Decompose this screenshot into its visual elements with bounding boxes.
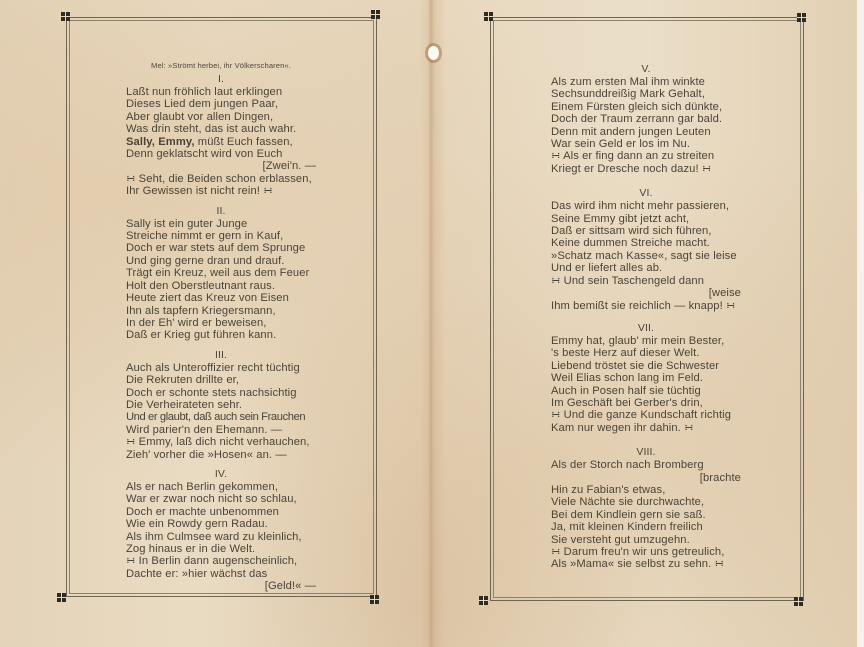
- punch-hole: [428, 46, 439, 60]
- verse-line: Zog hinaus er in die Welt.: [126, 543, 316, 555]
- corner-ornament-icon: [57, 593, 66, 602]
- center-fold: [428, 0, 434, 647]
- verse-line: ∺ Als er fing dann an zu streiten: [551, 150, 741, 162]
- verse-line: Und er glaubt, daß auch sein Frauchen: [126, 411, 316, 423]
- stanza-number: III.: [126, 349, 316, 361]
- verse-line: Daß er sittsam wird sich führen,: [551, 225, 741, 237]
- verse-line: Emmy hat, glaub' mir mein Bester,: [551, 335, 741, 347]
- verse-line: Viele Nächte sie durchwachte,: [551, 496, 741, 508]
- verse-line: Wie ein Rowdy gern Radau.: [126, 518, 316, 530]
- corner-ornament-icon: [371, 10, 380, 19]
- verse-line: Hin zu Fabian's etwas,: [551, 484, 741, 496]
- verse-line-bold: Sally, Emmy, müßt Euch fassen,: [126, 136, 316, 148]
- verse-line: Wird parier'n den Ehemann. —: [126, 424, 316, 436]
- verse-line: ∺ Und die ganze Kundschaft richtig: [551, 409, 741, 421]
- verse-line: Auch als Unteroffizier recht tüchtig: [126, 362, 316, 374]
- verse-line: Was drin steht, das ist auch wahr.: [126, 123, 316, 135]
- verse-line: Einem Fürsten gleich sich dünkte,: [551, 101, 741, 113]
- verse-line: Als er nach Berlin gekommen,: [126, 481, 316, 493]
- stanza-number: VII.: [551, 322, 741, 334]
- verse-line: Trägt ein Kreuz, weil aus dem Feuer: [126, 267, 316, 279]
- verse-line: 's beste Herz auf dieser Welt.: [551, 347, 741, 359]
- verse-line: Ihr Gewissen ist nicht rein! ∺: [126, 185, 316, 197]
- verse-line: War er zwar noch nicht so schlau,: [126, 493, 316, 505]
- verse-line: Im Geschäft bei Gerber's drin,: [551, 397, 741, 409]
- stanza-8: VIII. Als der Storch nach Bromberg [brac…: [551, 446, 741, 571]
- verse-line: Und ging gerne dran und drauf.: [126, 255, 316, 267]
- verse-line: ∺ Darum freu'n wir uns getreulich,: [551, 546, 741, 558]
- corner-ornament-icon: [479, 596, 488, 605]
- verse-line: ∺ Und sein Taschengeld dann: [551, 275, 741, 287]
- corner-ornament-icon: [484, 12, 493, 21]
- stanza-1: I. Laßt nun fröhlich laut erklingen Dies…: [126, 73, 316, 198]
- verse-line: Kam nur wegen ihr dahin. ∺: [551, 422, 741, 434]
- verse-line: Bei dem Kindlein gern sie saß.: [551, 509, 741, 521]
- corner-ornament-icon: [797, 13, 806, 22]
- verse-line: Zieh' vorher die »Hosen« an. —: [126, 449, 316, 461]
- verse-line: Doch der Traum zerrann gar bald.: [551, 113, 741, 125]
- verse-line: Dieses Lied dem jungen Paar,: [126, 98, 316, 110]
- stanza-number: I.: [126, 73, 316, 85]
- corner-ornament-icon: [794, 597, 803, 606]
- names-bold: Sally, Emmy,: [126, 136, 195, 148]
- verse-line: Und er liefert alles ab.: [551, 262, 741, 274]
- verse-line: »Schatz mach Kasse«, sagt sie leise: [551, 250, 741, 262]
- verse-line-continuation: [Zwei'n. —: [126, 160, 316, 172]
- verse-line: Liebend tröstet sie die Schwester: [551, 360, 741, 372]
- verse-line: Aber glaubt vor allen Dingen,: [126, 111, 316, 123]
- verse-line: Ihm bemißt sie reichlich — knapp! ∺: [551, 300, 741, 312]
- verse-line: Doch er schonte stets nachsichtig: [126, 387, 316, 399]
- verse-line: Sie versteht gut umzugehn.: [551, 534, 741, 546]
- verse-line: ∺ Emmy, laß dich nicht verhauchen,: [126, 436, 316, 448]
- verse-line: In der Eh' wird er beweisen,: [126, 317, 316, 329]
- stanza-number: IV.: [126, 468, 316, 480]
- verse-line: War sein Geld er los im Nu.: [551, 138, 741, 150]
- stanza-number: VI.: [551, 187, 741, 199]
- verse-line: Keine dummen Streiche macht.: [551, 237, 741, 249]
- verse-line: Holt den Oberstleutnant raus.: [126, 280, 316, 292]
- verse-line: Denn mit andern jungen Leuten: [551, 126, 741, 138]
- verse-line: Dachte er: »hier wächst das: [126, 568, 316, 580]
- stanza-3: III. Auch als Unteroffizier recht tüchti…: [126, 349, 316, 461]
- left-page-text: Mel: »Strömt herbei, ihr Völkerscharen«.…: [126, 61, 316, 600]
- right-page-text: V. Als zum ersten Mal ihm winkte Sechsun…: [551, 61, 741, 578]
- stanza-number: VIII.: [551, 446, 741, 458]
- verse-line: Sally ist ein guter Junge: [126, 218, 316, 230]
- verse-line: Doch er machte unbenommen: [126, 506, 316, 518]
- verse-line: Als »Mama« sie selbst zu sehn. ∺: [551, 558, 741, 570]
- verse-line-continuation: [Geld!« —: [126, 580, 316, 592]
- verse-line: Das wird ihm nicht mehr passieren,: [551, 200, 741, 212]
- verse-line: Als zum ersten Mal ihm winkte: [551, 76, 741, 88]
- verse-line: Seine Emmy gibt jetzt acht,: [551, 213, 741, 225]
- verse-line: Die Verheirateten sehr.: [126, 399, 316, 411]
- verse-line: ∺ Seht, die Beiden schon erblassen,: [126, 173, 316, 185]
- verse-line: Kriegt er Dresche noch dazu! ∺: [551, 163, 741, 175]
- stanza-number: II.: [126, 205, 316, 217]
- verse-line: Weil Elias schon lang im Feld.: [551, 372, 741, 384]
- verse-line: Sechsunddreißig Mark Gehalt,: [551, 88, 741, 100]
- stanza-5: V. Als zum ersten Mal ihm winkte Sechsun…: [551, 63, 741, 175]
- verse-line: Daß er Krieg gut führen kann.: [126, 329, 316, 341]
- verse-line: Doch er war stets auf dem Sprunge: [126, 242, 316, 254]
- corner-ornament-icon: [370, 595, 379, 604]
- stanza-2: II. Sally ist ein guter Junge Streiche n…: [126, 205, 316, 342]
- verse-line: Streiche nimmt er gern in Kauf,: [126, 230, 316, 242]
- verse-line: ∺ In Berlin dann augenscheinlich,: [126, 555, 316, 567]
- stanza-6: VI. Das wird ihm nicht mehr passieren, S…: [551, 187, 741, 312]
- verse-line: Als ihm Culmsee ward zu kleinlich,: [126, 531, 316, 543]
- scan-edge: [857, 0, 864, 647]
- verse-line: Als der Storch nach Bromberg: [551, 459, 741, 471]
- verse-line: Heute ziert das Kreuz von Eisen: [126, 292, 316, 304]
- stanza-number: V.: [551, 63, 741, 75]
- verse-line: Ja, mit kleinen Kindern freilich: [551, 521, 741, 533]
- melody-note: Mel: »Strömt herbei, ihr Völkerscharen«.: [126, 61, 316, 71]
- verse-line: Auch in Posen half sie tüchtig: [551, 385, 741, 397]
- verse-line: Ihn als tapfern Kriegersmann,: [126, 305, 316, 317]
- corner-ornament-icon: [61, 12, 70, 21]
- verse-line-continuation: [weise: [551, 287, 741, 299]
- verse-line: Denn geklatscht wird von Euch: [126, 148, 316, 160]
- verse-line: Die Rekruten drillte er,: [126, 374, 316, 386]
- verse-line-continuation: [brachte: [551, 472, 741, 484]
- stanza-4: IV. Als er nach Berlin gekommen, War er …: [126, 468, 316, 593]
- verse-line: Laßt nun fröhlich laut erklingen: [126, 86, 316, 98]
- stanza-7: VII. Emmy hat, glaub' mir mein Bester, '…: [551, 322, 741, 434]
